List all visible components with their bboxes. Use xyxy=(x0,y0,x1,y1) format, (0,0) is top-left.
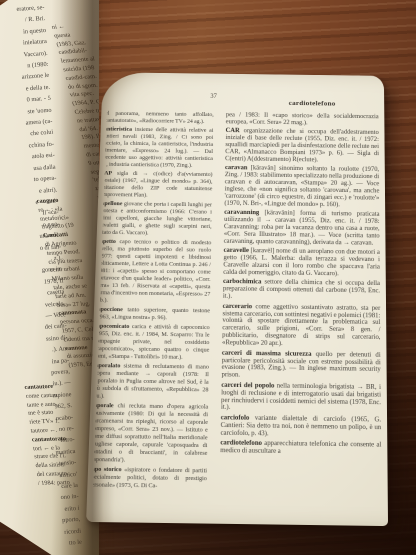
text-fragment-line: di Agrigento xyxy=(44,239,83,250)
text-fragment-line: canguro xyxy=(36,196,75,207)
text-fragment-line: amera (ca- xyxy=(0,116,53,134)
dictionary-entry: caravelle [karavèl] nome di un aeroplano… xyxy=(223,248,380,279)
text-fragment-line: / R. Bri. xyxy=(0,13,46,31)
text-fragment-line: Intro- xyxy=(0,434,75,452)
headword: caravelle xyxy=(224,248,249,255)
dictionary-entry: carceri di massima sicurezza quello per … xyxy=(221,350,380,382)
headword: caravanning xyxy=(224,209,259,216)
text-fragment-line: cantautorato xyxy=(31,435,66,445)
headword: capellone xyxy=(99,201,123,208)
text-fragment-line: in questo xyxy=(0,25,46,43)
dictionary-entry: capocomicato carica e attività di capoco… xyxy=(93,323,210,362)
text-fragment-line: del cantauto. xyxy=(36,470,71,480)
text-fragment-line: tempo Perod. xyxy=(46,248,85,259)
text-fragment-line: strare che l'i. xyxy=(34,452,69,462)
headword: capetto xyxy=(97,239,116,246)
text-fragment-line: farle ad Am. xyxy=(54,291,93,302)
page-number: 37 xyxy=(210,93,217,100)
text-fragment-line: aistico' xyxy=(0,469,77,487)
dictionary-entry: capo storico «ispiratore o fondatore di … xyxy=(93,466,207,491)
left-column-clip: nel panorama, nemmeno tanto affollato, «… xyxy=(93,110,214,498)
headword: carceri del popolo xyxy=(221,382,274,389)
text-fragment-line: veicolo, xyxy=(0,298,65,316)
headword: cardiotelefono xyxy=(220,440,262,447)
text-fragment-line: povera, xyxy=(0,366,70,384)
text-fragment-line: / 1984: parto xyxy=(37,479,72,489)
text-fragment-line: iu.). — xyxy=(0,377,71,395)
text-fragment-line: una vol- xyxy=(0,230,61,248)
left-column: nel panorama, nemmeno tanto affollato, «… xyxy=(93,110,214,491)
text-fragment-line: questa xyxy=(53,30,89,41)
text-fragment-line: e della te. xyxy=(0,82,50,100)
dictionary-entry: capellone giovane che porta i capelli lu… xyxy=(98,201,212,238)
text-fragment-line: ina pa- xyxy=(0,355,69,373)
text-fragment-line: o di fan- xyxy=(0,241,62,259)
book-photo: eratore, se-/ R. Bri.in questoinielatura… xyxy=(0,0,416,555)
text-fragment-line: ste 'uomo xyxy=(0,104,52,122)
headword: caporale xyxy=(93,403,114,410)
dictionary-entry: pea / 1983: Il «capo storico» della soci… xyxy=(226,112,379,128)
headword: carceri di massima sicurezza xyxy=(222,350,312,358)
headword: capocomicato xyxy=(94,323,129,330)
text-fragment-line: eratore, se- xyxy=(0,2,45,20)
headword: capo storico xyxy=(93,466,122,473)
dictionary-entry: CAR organizzazione che si occupa dell'ad… xyxy=(225,128,379,165)
dictionary-entry: caravan [käravän] sinonimo soltanto la r… xyxy=(224,165,379,209)
text-fragment-line: atola esi- xyxy=(0,150,55,168)
dictionary-entry: caporale chi recluta mano d'opera agrico… xyxy=(93,403,208,466)
headword: CAR xyxy=(226,128,240,134)
text-fragment-line: 1978, Il xyxy=(0,275,64,293)
text-fragment-line: dei cam- xyxy=(0,321,67,339)
text-fragment-line: inielatura xyxy=(0,36,47,54)
dictionary-entry: CAP sigla di → c(odice) d'a(vviamento) p… xyxy=(99,170,213,200)
dictionary-entry: carbochimica settore della chimica che s… xyxy=(223,279,380,303)
text-fragment-line: Milano sulla xyxy=(51,274,90,285)
text-fragment-line: centi urbani xyxy=(49,265,88,276)
text-fragment-line: no re- xyxy=(0,423,74,441)
text-fragment-line: arizzone le xyxy=(0,70,50,88)
dictionary-page: 37 cardiotelefono nel panorama, nemmeno … xyxy=(86,72,388,526)
text-fragment-line: mpione xyxy=(0,389,72,407)
dictionary-entry: carceri del popolo nella terminologia br… xyxy=(221,382,381,414)
text-fragment-line: Sera» 27 lug. xyxy=(56,300,95,311)
text-fragment-line: e → uni- xyxy=(0,195,58,213)
dictionary-entry: caporalato sistema di reclutamento di ma… xyxy=(93,363,209,402)
text-fragment-line: cannonata xyxy=(58,308,97,319)
text-fragment-line: o e so- xyxy=(0,218,60,236)
text-fragment-line: tante e auto. xyxy=(26,400,61,410)
headword: caporalato xyxy=(93,363,120,370)
text-columns: nel panorama, nemmeno tanto affollato, «… xyxy=(93,110,382,501)
headword: carbochimica xyxy=(223,279,261,286)
text-fragment-line: tensio- xyxy=(0,457,77,475)
text-fragment-line: .). An- xyxy=(0,343,69,361)
dictionary-entry: nel panorama, nemmeno tanto affollato, «… xyxy=(102,110,214,125)
text-fragment-line: ocabo- xyxy=(0,412,73,430)
text-fragment-line: cia più tenera xyxy=(48,256,87,267)
text-fragment-line: Canicattì xyxy=(43,231,82,242)
dictionary-entry: caravanning [käravänin] forma di turismo… xyxy=(224,209,380,247)
text-fragment-line: 0 mar. - 5 xyxy=(0,93,51,111)
text-fragment-line: casetta xyxy=(0,286,65,304)
text-fragment-line: gone in- xyxy=(0,264,63,282)
text-fragment-line: cchina fo- xyxy=(0,139,54,157)
text-fragment-line: (1983, Gaz. xyxy=(56,39,92,50)
text-fragment-line: 962, S. xyxy=(0,400,73,418)
headword: CAP xyxy=(100,170,112,176)
dictionary-entry: carciofolo variante dialettale di carcio… xyxy=(220,414,381,439)
text-fragment-line: tale, anche se xyxy=(53,282,92,293)
text-fragment-line: care la xyxy=(0,480,78,498)
dictionary-entry: capetto capo tecnico o politico di modes… xyxy=(95,239,211,306)
text-fragment-line: mantica xyxy=(0,446,76,464)
text-fragment-line: cantautore xyxy=(24,383,59,393)
dictionary-entry: capoccione tanto superiore, quanto testo… xyxy=(95,306,211,322)
text-fragment-line: tautore ←. xyxy=(30,426,65,436)
running-head: cardiotelefono xyxy=(289,99,336,107)
headword: carciofolo xyxy=(221,414,250,421)
text-fragment-line: ssino di- xyxy=(0,332,68,350)
text-fragment-line: ni ← xyxy=(51,22,87,33)
text-fragment-line: n (1980: xyxy=(0,59,49,77)
text-fragment-line: Vaccaro). xyxy=(0,48,48,66)
right-column: pea / 1983: Il «capo storico» della soci… xyxy=(219,112,381,501)
text-fragment-line: z.). xyxy=(0,252,62,270)
headword: capoccione xyxy=(95,306,123,313)
text-fragment-line: metaforici» xyxy=(39,213,78,224)
text-fragment-line: usa dalla xyxy=(0,161,56,179)
text-fragment-line: — Voce xyxy=(0,309,66,327)
text-fragment-line: suicida (198 xyxy=(62,64,98,75)
headword: carcerario xyxy=(223,303,253,310)
left-page-edge-column: eratore, se-/ R. Bri.in questoinielatura… xyxy=(0,2,82,555)
text-fragment-line: che colui xyxy=(0,127,54,145)
text-fragment-line: do di sgom. xyxy=(67,81,103,92)
text-fragment-line: della sinistr. xyxy=(35,461,70,471)
text-fragment-line: ro ←: «la xyxy=(38,205,77,216)
text-fragment-line: e altri). xyxy=(0,184,58,202)
dictionary-entry: cantieristica insieme delle attività rel… xyxy=(100,126,213,169)
headword: cantieristica xyxy=(102,126,133,133)
text-fragment-line: Il «ca- xyxy=(0,207,59,225)
left-page: eratore, se-/ R. Bri.in questoinielatura… xyxy=(0,0,99,555)
headword: caravan xyxy=(225,165,248,172)
text-fragment-line: ono in- xyxy=(0,491,79,509)
dictionary-entry: cardiotelefono apparecchiatura telefonic… xyxy=(220,440,381,458)
text-fragment-line: lentamente al xyxy=(60,56,96,67)
text-fragment-line: riete TV» 1. xyxy=(29,418,64,428)
text-fragment-line: me è stato xyxy=(28,409,63,419)
text-fragment-line: erito i xyxy=(0,503,80,521)
left-page-curve-bottom: cantautorecome cantau.tante e auto.me è … xyxy=(24,383,73,489)
text-fragment-line: to opera- xyxy=(0,173,57,191)
dictionary-entry: carcerario come aggettivo sostantivato a… xyxy=(222,303,381,349)
text-fragment-line: come cantau. xyxy=(25,392,60,402)
text-fragment-line: tori ← e la xyxy=(33,444,68,454)
text-fragment-line: traghetto (19 xyxy=(41,222,80,233)
text-fragment-line: candid-cam. xyxy=(65,73,101,84)
text-fragment-line: candidabil- xyxy=(58,47,94,58)
